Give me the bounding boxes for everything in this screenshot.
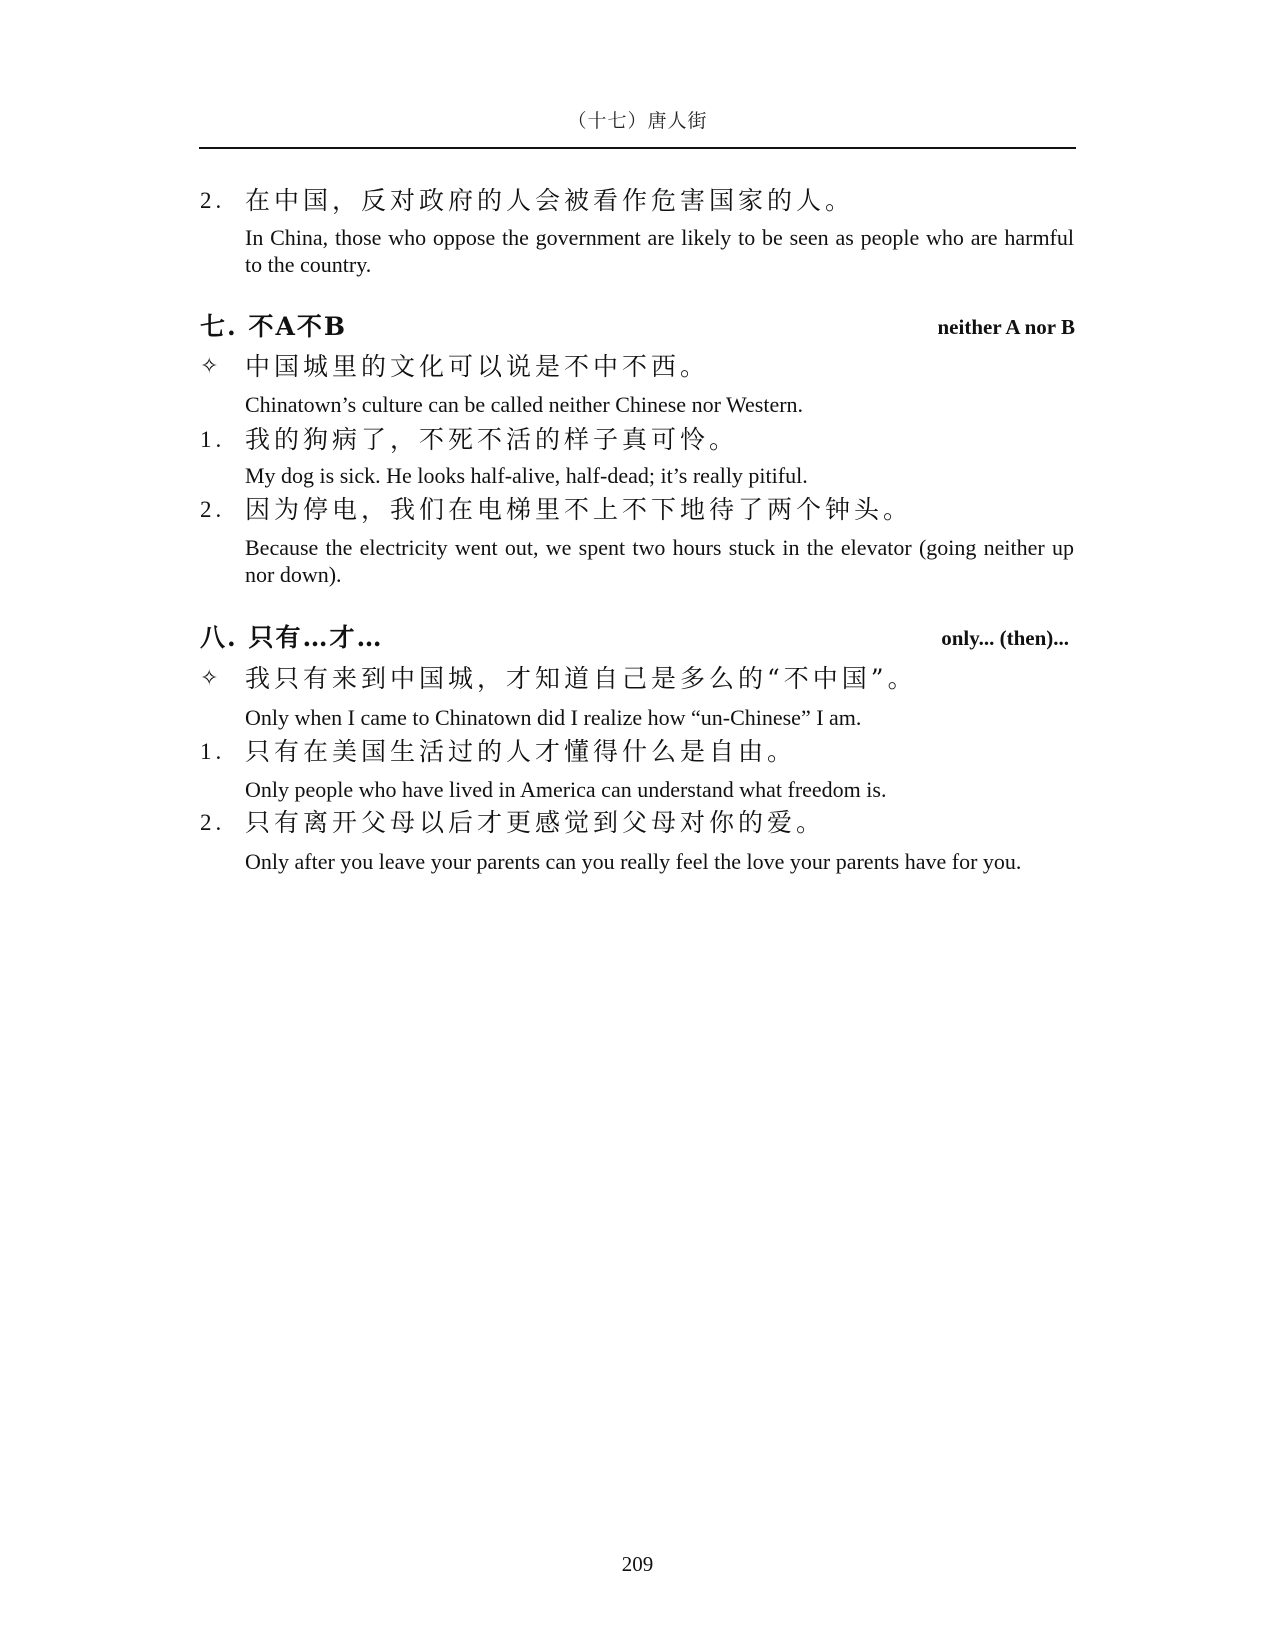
example-chinese: 只有离开父母以后才更感觉到父母对你的爱。 (245, 808, 825, 838)
section-title: 八. 只有…才… (200, 622, 383, 654)
header-rule (199, 147, 1076, 149)
document-page: （十七）唐人街 2. 在中国，反对政府的人会被看作危害国家的人。 In Chin… (0, 0, 1275, 1650)
page-number: 209 (0, 1552, 1275, 1577)
example-chinese: 在中国，反对政府的人会被看作危害国家的人。 (245, 186, 854, 216)
section-pattern: 只有…才… (248, 623, 383, 652)
example-chinese: 我只有来到中国城，才知道自己是多么的“不中国”。 (245, 664, 917, 694)
section-heading-8: 八. 只有…才… only... (then)... (200, 622, 1075, 654)
section-pattern: 不A不B (248, 312, 347, 341)
example-english: Chinatown’s culture can be called neithe… (245, 391, 1074, 418)
section-heading-7: 七. 不A不B neither A nor B (200, 311, 1075, 343)
section-number: 七. (200, 312, 238, 341)
running-head: （十七）唐人街 (0, 106, 1275, 133)
example-number: 1. (200, 425, 225, 455)
example-english: Only after you leave your parents can yo… (245, 848, 1074, 875)
example-chinese: 中国城里的文化可以说是不中不西。 (245, 352, 709, 382)
section-number: 八. (200, 623, 238, 652)
example-english: Because the electricity went out, we spe… (245, 534, 1074, 588)
example-english: In China, those who oppose the governmen… (245, 224, 1074, 278)
example-chinese: 因为停电，我们在电梯里不上不下地待了两个钟头。 (245, 495, 912, 525)
example-english: Only people who have lived in America ca… (245, 776, 1074, 803)
example-english: Only when I came to Chinatown did I real… (245, 704, 1074, 731)
diamond-bullet-icon: ✧ (200, 352, 222, 382)
diamond-bullet-icon: ✧ (200, 664, 222, 694)
example-number: 2. (200, 495, 225, 525)
section-title: 七. 不A不B (200, 311, 347, 343)
example-number: 1. (200, 737, 225, 767)
section-gloss: neither A nor B (938, 311, 1076, 343)
example-english: My dog is sick. He looks half-alive, hal… (245, 462, 1074, 489)
example-chinese: 只有在美国生活过的人才懂得什么是自由。 (245, 737, 796, 767)
example-number: 2. (200, 186, 225, 216)
example-number: 2. (200, 808, 225, 838)
section-gloss: only... (then)... (941, 622, 1069, 654)
example-chinese: 我的狗病了，不死不活的样子真可怜。 (245, 425, 738, 455)
